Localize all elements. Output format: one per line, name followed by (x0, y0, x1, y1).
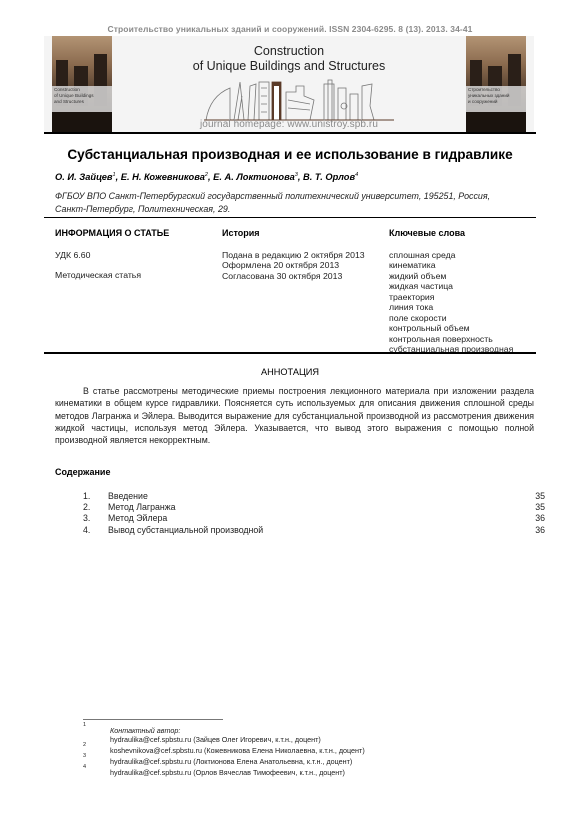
history-column: История Подана в редакцию 2 октября 2013… (222, 228, 382, 281)
footnote-number: 4 (83, 764, 86, 770)
toc-title: Метод Эйлера (108, 513, 167, 524)
info-divider (44, 352, 536, 354)
author-2-footnote-ref[interactable]: 2 (205, 172, 208, 178)
author-4: В. Т. Орлов (303, 172, 355, 182)
affiliation-line2: Санкт-Петербург, Политехническая, 29. (55, 203, 535, 216)
author-1-footnote-ref[interactable]: 1 (113, 172, 116, 178)
keyword-item: жидкая частица (389, 281, 539, 292)
author-3-footnote-ref[interactable]: 3 (295, 172, 298, 178)
history-item: Подана в редакцию 2 октября 2013 (222, 250, 382, 261)
keyword-item: жидкий объем (389, 271, 539, 282)
footnote-number: 1 (83, 722, 86, 728)
keyword-item: кинематика (389, 260, 539, 271)
toc-item[interactable]: 1. Введение 35 (55, 491, 545, 502)
toc-page: 35 (535, 502, 545, 513)
toc-heading: Содержание (55, 467, 110, 477)
keyword-item: поле скорости (389, 313, 539, 324)
cover-left-text-3: and Structures (52, 99, 112, 105)
buildings-logo-icon (204, 76, 394, 122)
affiliation-divider (44, 217, 536, 218)
toc-item[interactable]: 3. Метод Эйлера 36 (55, 513, 545, 524)
footnote-number: 3 (83, 753, 86, 759)
journal-running-header: Строительство уникальных зданий и сооруж… (0, 24, 580, 34)
banner-divider (44, 132, 536, 134)
keywords-column: Ключевые слова сплошная среда кинематика… (389, 228, 539, 355)
keyword-item: контрольный объем (389, 323, 539, 334)
cover-left-text-1: Construction (52, 86, 112, 93)
toc-number: 1. (83, 491, 90, 502)
toc-item[interactable]: 4. Вывод субстанциальной производной 36 (55, 525, 545, 536)
abstract-body: В статье рассмотрены методические приемы… (55, 386, 534, 445)
history-heading: История (222, 228, 382, 239)
toc-page: 36 (535, 525, 545, 536)
keywords-heading: Ключевые слова (389, 228, 539, 239)
cover-right-text-3: и сооружений (466, 99, 526, 105)
journal-title-line1: Construction (44, 44, 534, 59)
udk-code: УДК 6.60 (55, 250, 215, 261)
keyword-item: линия тока (389, 302, 539, 313)
keyword-item: траектория (389, 292, 539, 303)
toc-page: 35 (535, 491, 545, 502)
article-info-column: ИНФОРМАЦИЯ О СТАТЬЕ УДК 6.60 Методическа… (55, 228, 215, 281)
cover-image-right: Строительство уникальных зданий и сооруж… (466, 36, 526, 132)
toc-title: Метод Лагранжа (108, 502, 176, 513)
affiliation-line1: ФГБОУ ВПО Санкт-Петербургский государств… (55, 190, 535, 203)
author-2: Е. Н. Кожевникова (121, 172, 205, 182)
abstract-text: В статье рассмотрены методические приемы… (55, 385, 534, 446)
toc-number: 4. (83, 525, 90, 536)
article-type: Методическая статья (55, 270, 215, 281)
toc-number: 3. (83, 513, 90, 524)
toc-title: Вывод субстанциальной производной (108, 525, 263, 536)
footnote-text: hydraulika@cef.spbstu.ru (Зайцев Олег Иг… (110, 735, 321, 744)
journal-homepage-link[interactable]: journal homepage: www.unistroy.spb.ru (44, 119, 534, 130)
toc-item[interactable]: 2. Метод Лагранжа 35 (55, 502, 545, 513)
keyword-item: контрольная поверхность (389, 334, 539, 345)
author-4-footnote-ref[interactable]: 4 (355, 172, 358, 178)
author-1: О. И. Зайцев (55, 172, 113, 182)
journal-banner: Construction of Unique Buildings and Str… (44, 36, 534, 132)
article-title: Субстанциальная производная и ее использ… (0, 147, 580, 162)
footnote-text: koshevnikova@cef.spbstu.ru (Кожевникова … (110, 746, 365, 755)
article-info-heading: ИНФОРМАЦИЯ О СТАТЬЕ (55, 228, 215, 239)
toc-page: 36 (535, 513, 545, 524)
footnote-text: hydraulika@cef.spbstu.ru (Локтионова Еле… (110, 757, 352, 766)
contact-author-label: Контактный автор: (110, 726, 180, 735)
journal-title-line2: of Unique Buildings and Structures (44, 59, 534, 74)
toc-title: Введение (108, 491, 148, 502)
footnote-number: 2 (83, 742, 86, 748)
toc-number: 2. (83, 502, 90, 513)
affiliation: ФГБОУ ВПО Санкт-Петербургский государств… (55, 190, 535, 216)
abstract-heading: АННОТАЦИЯ (0, 367, 580, 377)
journal-title: Construction of Unique Buildings and Str… (44, 44, 534, 74)
table-of-contents: 1. Введение 35 2. Метод Лагранжа 35 3. М… (55, 491, 545, 536)
footnote-text: hydraulika@cef.spbstu.ru (Орлов Вячеслав… (110, 768, 345, 777)
author-list: О. И. Зайцев1, Е. Н. Кожевникова2, Е. А.… (55, 172, 358, 182)
keyword-item: сплошная среда (389, 250, 539, 261)
author-3: Е. А. Локтионова (213, 172, 295, 182)
footnote-divider (83, 719, 223, 720)
history-item: Согласована 30 октября 2013 (222, 271, 382, 282)
history-item: Оформлена 20 октября 2013 (222, 260, 382, 271)
